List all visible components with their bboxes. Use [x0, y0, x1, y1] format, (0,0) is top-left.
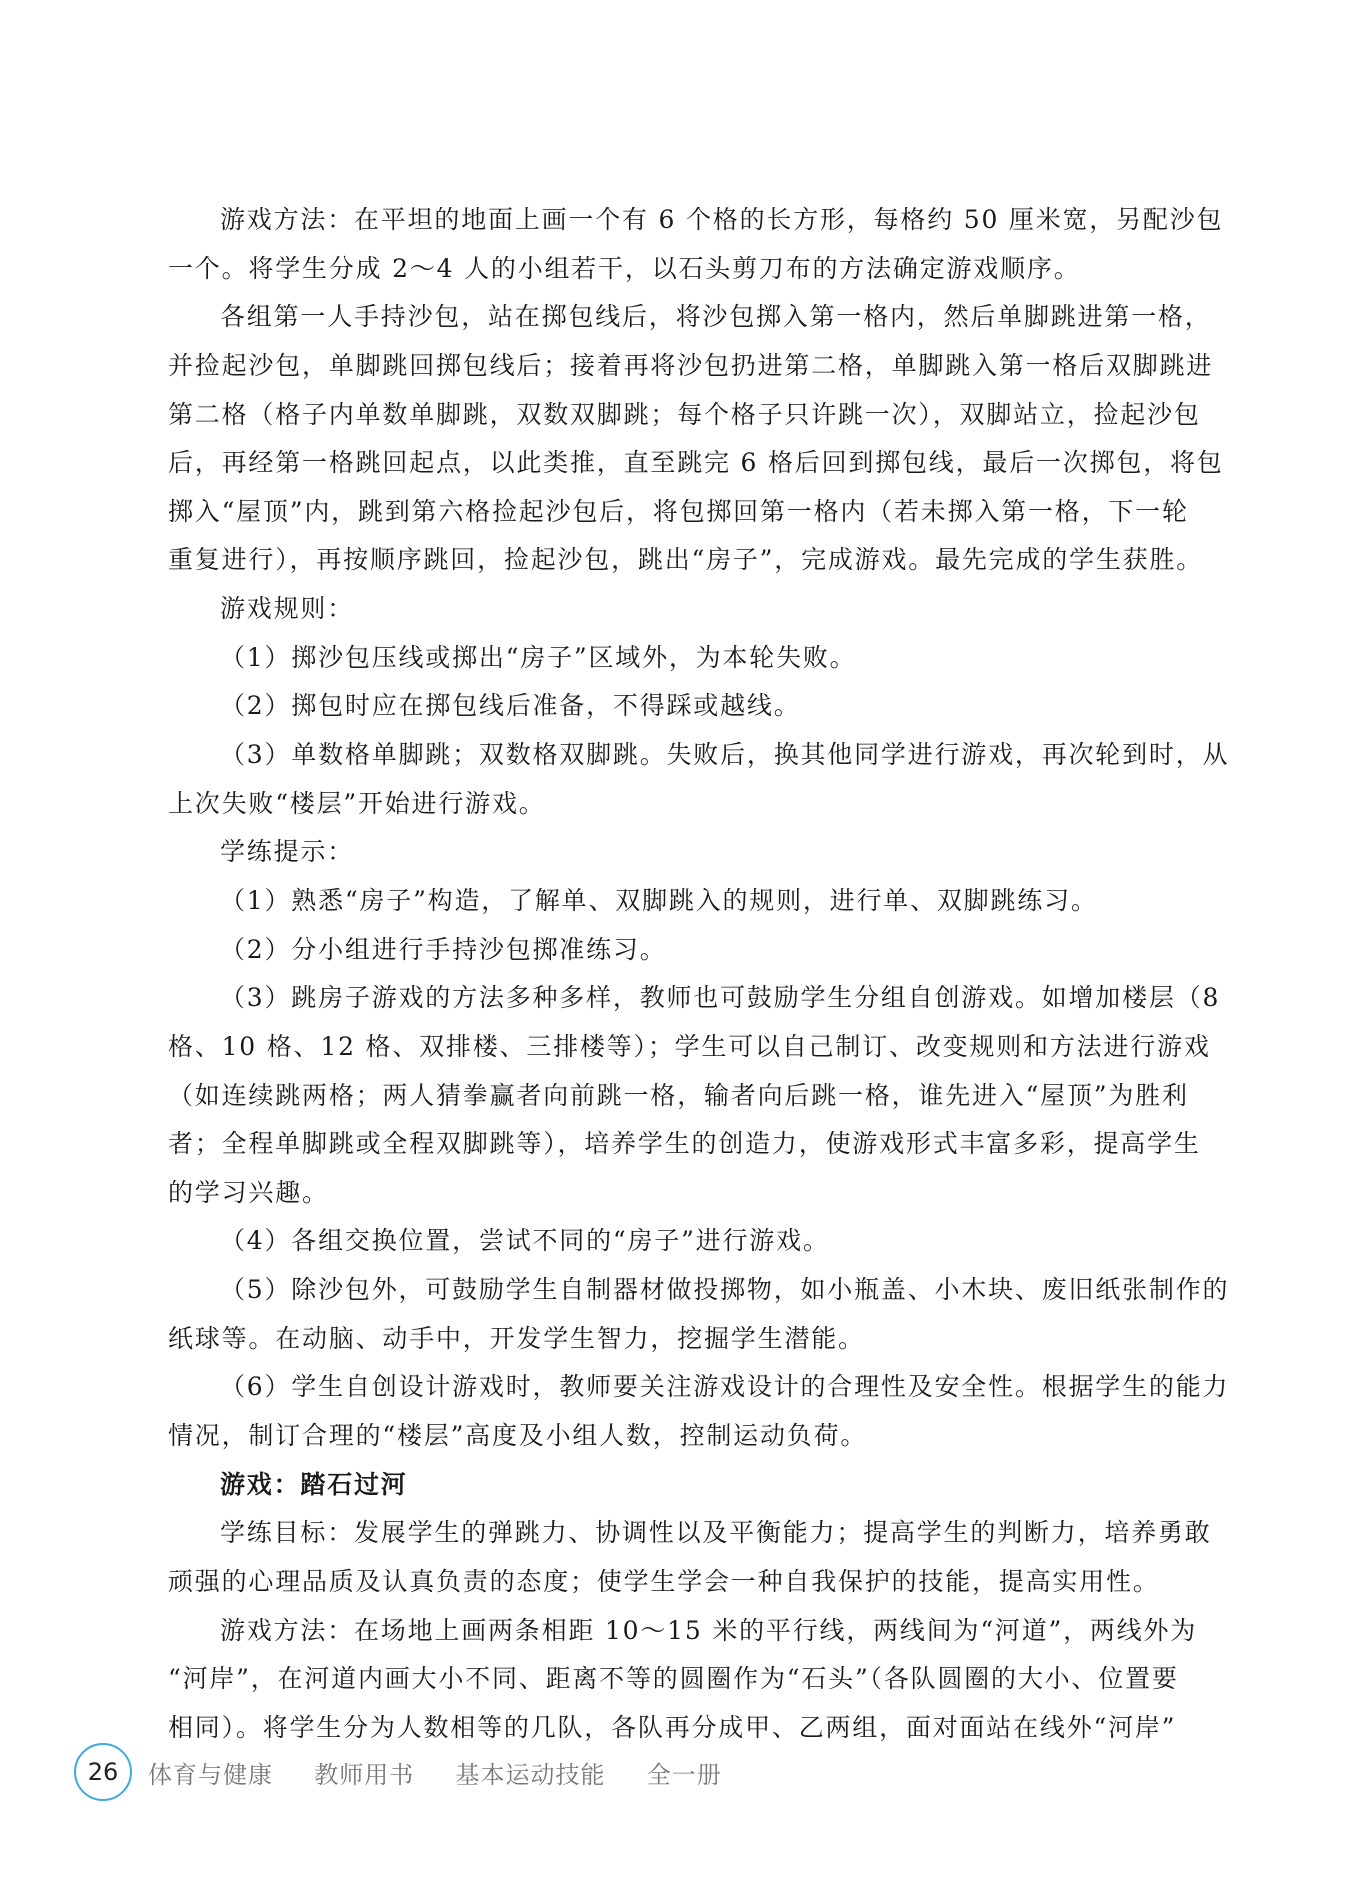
tip-item: （2）分小组进行手持沙包掷准练习。	[168, 926, 1198, 975]
tip-item: （4）各组交换位置，尝试不同的“房子”进行游戏。	[168, 1217, 1198, 1266]
tip-item: （3）跳房子游戏的方法多种多样，教师也可鼓励学生分组自创游戏。如增加楼层（8	[168, 974, 1198, 1023]
game-heading: 游戏：踏石过河	[168, 1461, 1198, 1510]
rule-item: （2）掷包时应在掷包线后准备，不得踩或越线。	[168, 682, 1198, 731]
text-line: 重复进行），再按顺序跳回，捡起沙包，跳出“房子”，完成游戏。最先完成的学生获胜。	[168, 536, 1198, 585]
text-line: 后，再经第一格跳回起点，以此类推，直至跳完 6 格后回到掷包线，最后一次掷包，将…	[168, 439, 1198, 488]
page-footer: 26 体育与健康 教师用书 基本运动技能 全一册	[74, 1743, 722, 1801]
text-line: 上次失败“楼层”开始进行游戏。	[168, 780, 1198, 829]
text-line: 并捡起沙包，单脚跳回掷包线后；接着再将沙包扔进第二格，单脚跳入第一格后双脚跳进	[168, 342, 1198, 391]
tip-item: （6）学生自创设计游戏时，教师要关注游戏设计的合理性及安全性。根据学生的能力	[168, 1363, 1198, 1412]
text-line: 者；全程单脚跳或全程双脚跳等），培养学生的创造力，使游戏形式丰富多彩，提高学生	[168, 1120, 1198, 1169]
text-line: 纸球等。在动脑、动手中，开发学生智力，挖掘学生潜能。	[168, 1315, 1198, 1364]
text-line: 格、10 格、12 格、双排楼、三排楼等）；学生可以自己制订、改变规则和方法进行…	[168, 1023, 1198, 1072]
text-line: “河岸”，在河道内画大小不同、距离不等的圆圈作为“石头”（各队圆圈的大小、位置要	[168, 1655, 1198, 1704]
text-line: 一个。将学生分成 2～4 人的小组若干，以石头剪刀布的方法确定游戏顺序。	[168, 245, 1198, 294]
text-line: 游戏方法：在平坦的地面上画一个有 6 个格的长方形，每格约 50 厘米宽，另配沙…	[168, 196, 1198, 245]
page-number: 26	[88, 1758, 119, 1786]
text-line: 游戏方法：在场地上画两条相距 10～15 米的平行线，两线间为“河道”，两线外为	[168, 1607, 1198, 1656]
text-line: 顽强的心理品质及认真负责的态度；使学生学会一种自我保护的技能，提高实用性。	[168, 1558, 1198, 1607]
text-line: 学练目标：发展学生的弹跳力、协调性以及平衡能力；提高学生的判断力，培养勇敢	[168, 1509, 1198, 1558]
page-number-badge: 26	[74, 1743, 132, 1801]
text-line: 的学习兴趣。	[168, 1169, 1198, 1218]
text-line: 各组第一人手持沙包，站在掷包线后，将沙包掷入第一格内，然后单脚跳进第一格，	[168, 293, 1198, 342]
text-line: 掷入“屋顶”内，跳到第六格捡起沙包后，将包掷回第一格内（若未掷入第一格，下一轮	[168, 488, 1198, 537]
text-line: 情况，制订合理的“楼层”高度及小组人数，控制运动负荷。	[168, 1412, 1198, 1461]
rule-item: （3）单数格单脚跳；双数格双脚跳。失败后，换其他同学进行游戏，再次轮到时，从	[168, 731, 1198, 780]
text-line: （如连续跳两格；两人猜拳赢者向前跳一格，输者向后跳一格，谁先进入“屋顶”为胜利	[168, 1072, 1198, 1121]
section-label-game-rules: 游戏规则：	[168, 585, 1198, 634]
rule-item: （1）掷沙包压线或掷出“房子”区域外，为本轮失败。	[168, 634, 1198, 683]
book-title: 体育与健康 教师用书 基本运动技能 全一册	[148, 1755, 722, 1790]
section-label-practice-tips: 学练提示：	[168, 828, 1198, 877]
page-body: 游戏方法：在平坦的地面上画一个有 6 个格的长方形，每格约 50 厘米宽，另配沙…	[168, 196, 1198, 1753]
text-line: 第二格（格子内单数单脚跳，双数双脚跳；每个格子只许跳一次），双脚站立，捡起沙包	[168, 391, 1198, 440]
tip-item: （1）熟悉“房子”构造，了解单、双脚跳入的规则，进行单、双脚跳练习。	[168, 877, 1198, 926]
tip-item: （5）除沙包外，可鼓励学生自制器材做投掷物，如小瓶盖、小木块、废旧纸张制作的	[168, 1266, 1198, 1315]
